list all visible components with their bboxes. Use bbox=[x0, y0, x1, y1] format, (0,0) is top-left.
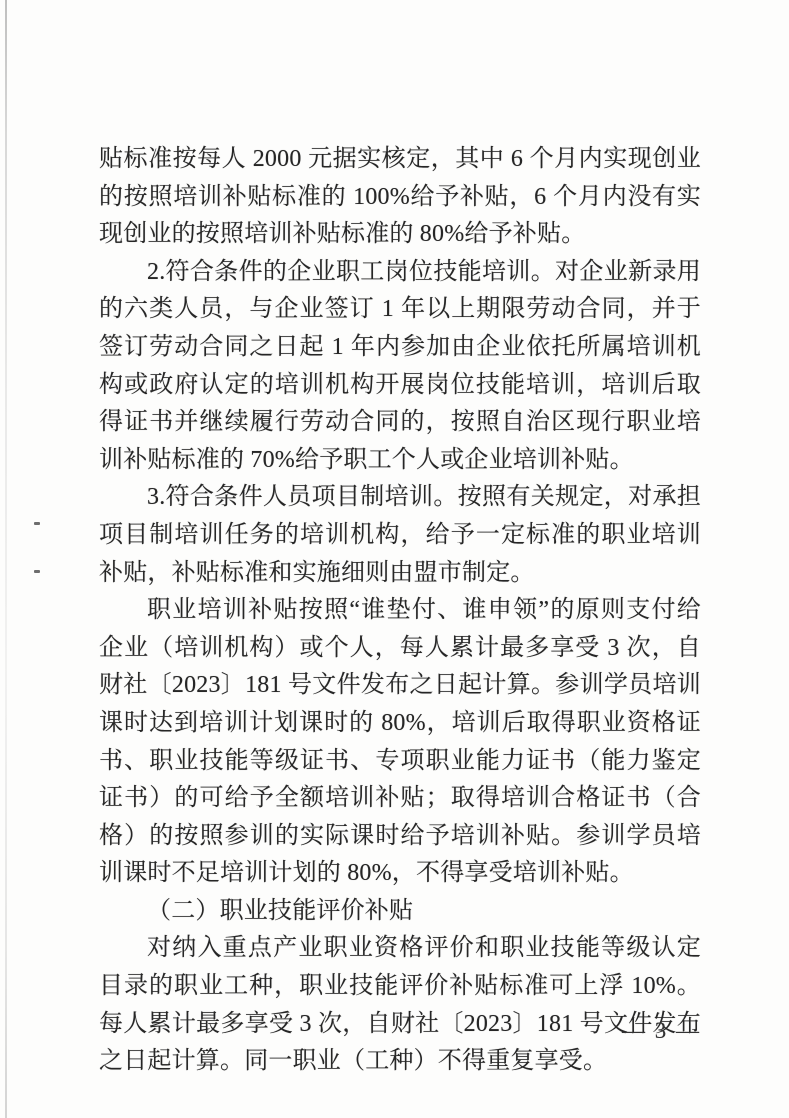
para-enterprise-staff-skill-training: 2.符合条件的企业职工岗位技能培训。对企业新录用的六类人员，与企业签订 1 年以… bbox=[99, 254, 701, 480]
para-training-subsidy-continuation: 贴标准按每人 2000 元据实核定，其中 6 个月内实现创业的按照培训补贴标准的… bbox=[99, 141, 701, 254]
scan-speck-mark bbox=[34, 522, 40, 525]
para-subsidy-payment-rules: 职业培训补贴按照“谁垫付、谁申领”的原则支付给企业（培训机构）或个人，每人累计最… bbox=[99, 592, 701, 893]
para-skill-evaluation-subsidy-details: 对纳入重点产业职业资格评价和职业技能等级认定目录的职业工种，职业技能评价补贴标准… bbox=[99, 930, 701, 1080]
document-body: 贴标准按每人 2000 元据实核定，其中 6 个月内实现创业的按照培训补贴标准的… bbox=[99, 141, 701, 1081]
para-project-based-training: 3.符合条件人员项目制培训。按照有关规定，对承担项目制培训任务的培训机构，给予一… bbox=[99, 479, 701, 592]
scan-edge-shadow bbox=[5, 0, 7, 1118]
page-number: — 3 — bbox=[622, 1018, 701, 1044]
scan-speck-mark bbox=[34, 570, 40, 573]
heading-skill-evaluation-subsidy: （二）职业技能评价补贴 bbox=[99, 893, 701, 931]
